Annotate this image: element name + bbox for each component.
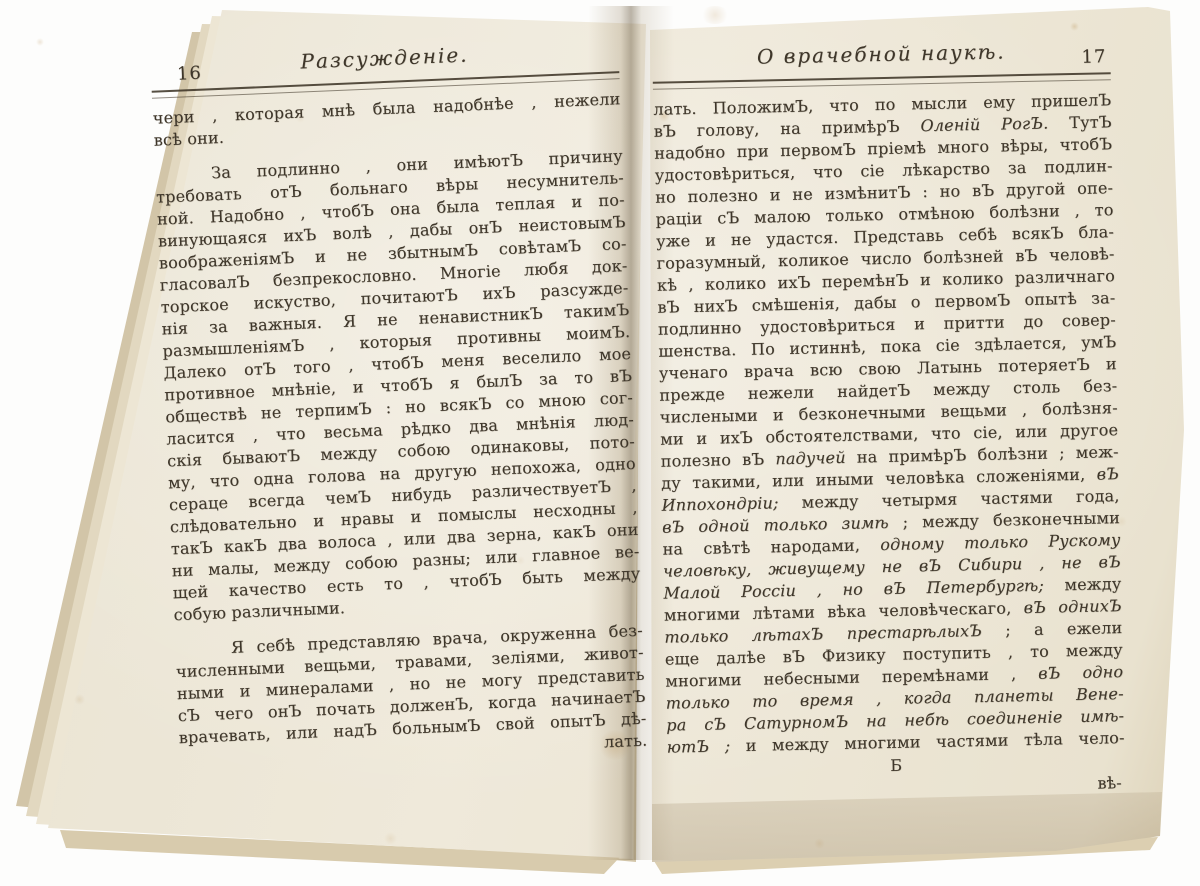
left-text-lines: чери , которая мнѣ была надобнѣе , нежел…	[152, 88, 647, 771]
left-text-column: 16 Разсужденіе. чери , которая мнѣ была …	[150, 36, 648, 771]
foxing-spot	[700, 6, 730, 24]
right-text-column: 17 О врачебной наукѣ. лать. ПоложимЪ, чт…	[652, 37, 1126, 803]
foxing-spot	[384, 832, 397, 845]
right-text-lines: лать. ПоложимЪ, что по мысли ему пришелЪ…	[653, 89, 1125, 758]
left-page-number: 16	[177, 63, 203, 85]
book-photo: 16 Разсужденіе. чери , которая мнѣ была …	[0, 0, 1200, 886]
foxing-spot	[74, 694, 85, 705]
foxing-spot	[814, 838, 825, 849]
foxing-spot	[1070, 22, 1079, 31]
foxing-spot	[36, 38, 44, 46]
right-page-number: 17	[1081, 46, 1106, 68]
